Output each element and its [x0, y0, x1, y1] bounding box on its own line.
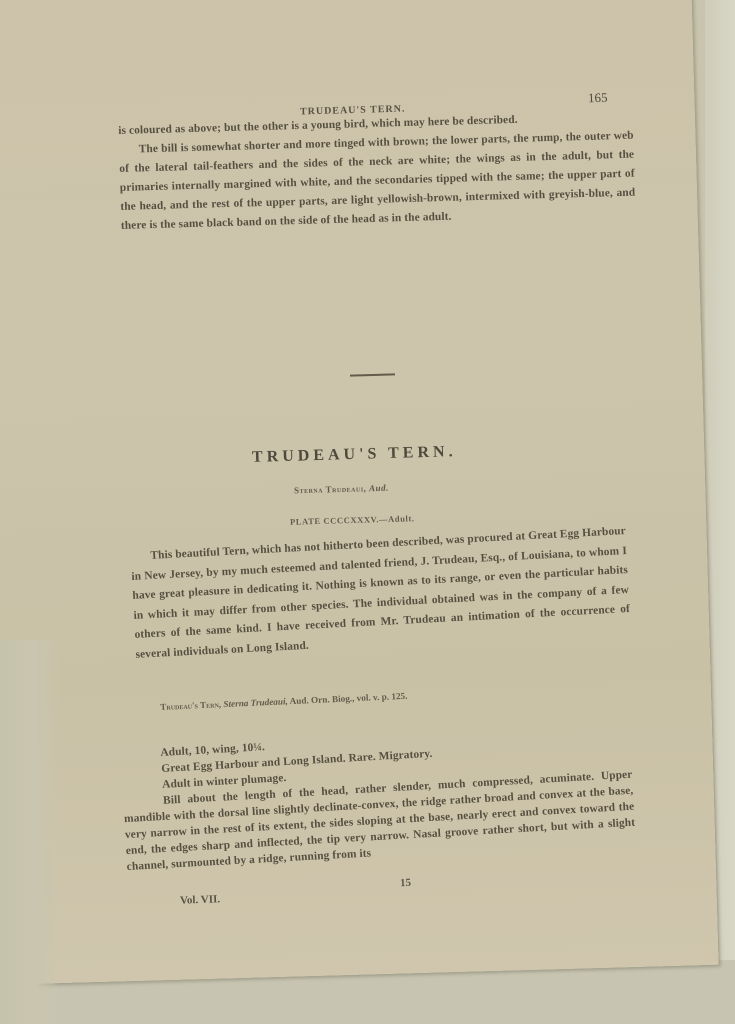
continuation-paragraph: The bill is somewhat shorter and more ti…: [119, 127, 636, 236]
details-text: Adult, 10, wing, 10¼. Great Egg Harbour …: [160, 719, 636, 873]
continuation-text: is coloured as above; but the other is a…: [118, 108, 636, 236]
species-latin-name: Sterna Trudeaui,: [294, 483, 367, 495]
page-torn-edge: [0, 640, 60, 1024]
species-author: Aud.: [369, 483, 389, 494]
volume-label: Vol. VII.: [180, 893, 220, 906]
page-number: 165: [588, 90, 608, 107]
signature-mark: 15: [400, 877, 411, 889]
